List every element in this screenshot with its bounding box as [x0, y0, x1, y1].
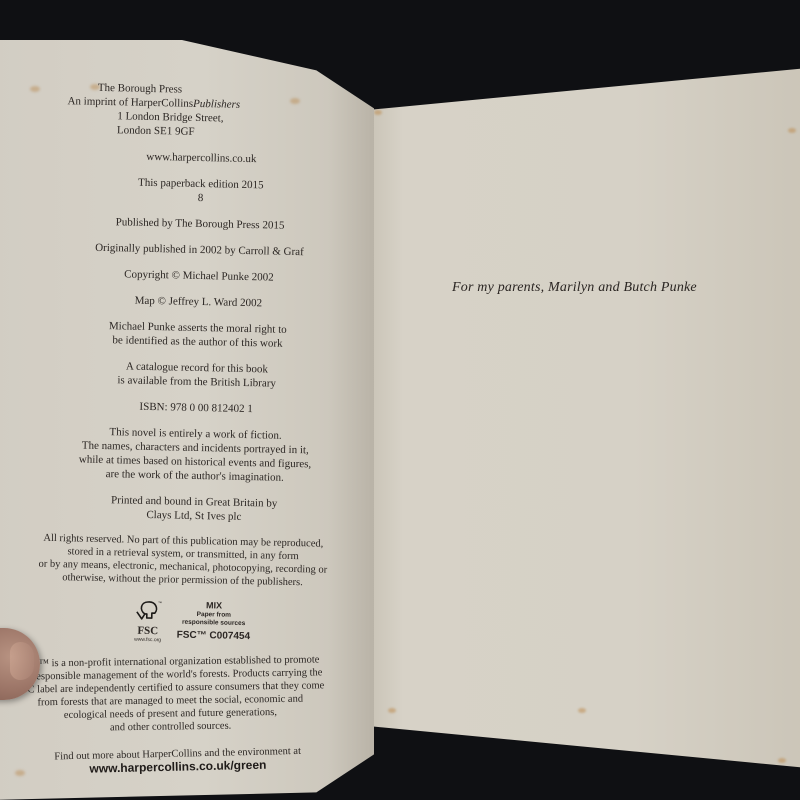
- catalogue-record: A catalogue record for this book is avai…: [52, 358, 343, 392]
- fsc-logo: ™ FSC www.fsc.org: [133, 598, 164, 644]
- fsc-license-code: FSC™ C007454: [177, 629, 251, 645]
- printer-info: Printed and bound in Great Britain by Cl…: [49, 492, 340, 526]
- foxing-spot: [788, 128, 796, 133]
- originally-published: Originally published in 2002 by Carroll …: [54, 240, 344, 260]
- publisher-website: www.harpercollins.co.uk: [56, 148, 346, 168]
- copyright-text-block: The Borough Press An imprint of HarperCo…: [44, 80, 348, 777]
- foxing-spot: [578, 708, 586, 713]
- open-book-photo: For my parents, Marilyn and Butch Punke …: [0, 0, 800, 800]
- dedication-text: For my parents, Marilyn and Butch Punke: [452, 280, 697, 296]
- rights-reserved: All rights reserved. No part of this pub…: [27, 531, 338, 589]
- copyright-page: The Borough Press An imprint of HarperCo…: [0, 40, 374, 800]
- fsc-info: MIX Paper from responsible sources FSC™ …: [177, 600, 251, 645]
- isbn: ISBN: 978 0 00 812402 1: [51, 398, 341, 418]
- foxing-spot: [30, 86, 40, 92]
- moral-rights: Michael Punke asserts the moral right to…: [52, 318, 343, 352]
- thumbnail: [10, 642, 34, 680]
- published-by: Published by The Borough Press 2015: [55, 214, 345, 234]
- fiction-disclaimer: This novel is entirely a work of fiction…: [50, 424, 341, 486]
- foxing-spot: [374, 110, 382, 115]
- edition-info: This paperback edition 2015 8: [55, 174, 346, 208]
- foxing-spot: [388, 708, 396, 713]
- fsc-note: FSC™ is a non-profit international organ…: [5, 653, 336, 736]
- publisher-address: The Borough Press An imprint of HarperCo…: [57, 80, 348, 142]
- dedication-page: For my parents, Marilyn and Butch Punke: [368, 68, 800, 768]
- tree-checkmark-icon: ™: [133, 598, 164, 627]
- map-credit: Map © Jeffrey L. Ward 2002: [53, 292, 343, 312]
- svg-text:™: ™: [158, 600, 162, 605]
- copyright-notice: Copyright © Michael Punke 2002: [54, 266, 344, 286]
- foxing-spot: [778, 758, 786, 763]
- fsc-badge: ™ FSC www.fsc.org MIX Paper from respons…: [46, 596, 337, 647]
- environment-note: Find out more about HarperCollins and th…: [18, 744, 339, 777]
